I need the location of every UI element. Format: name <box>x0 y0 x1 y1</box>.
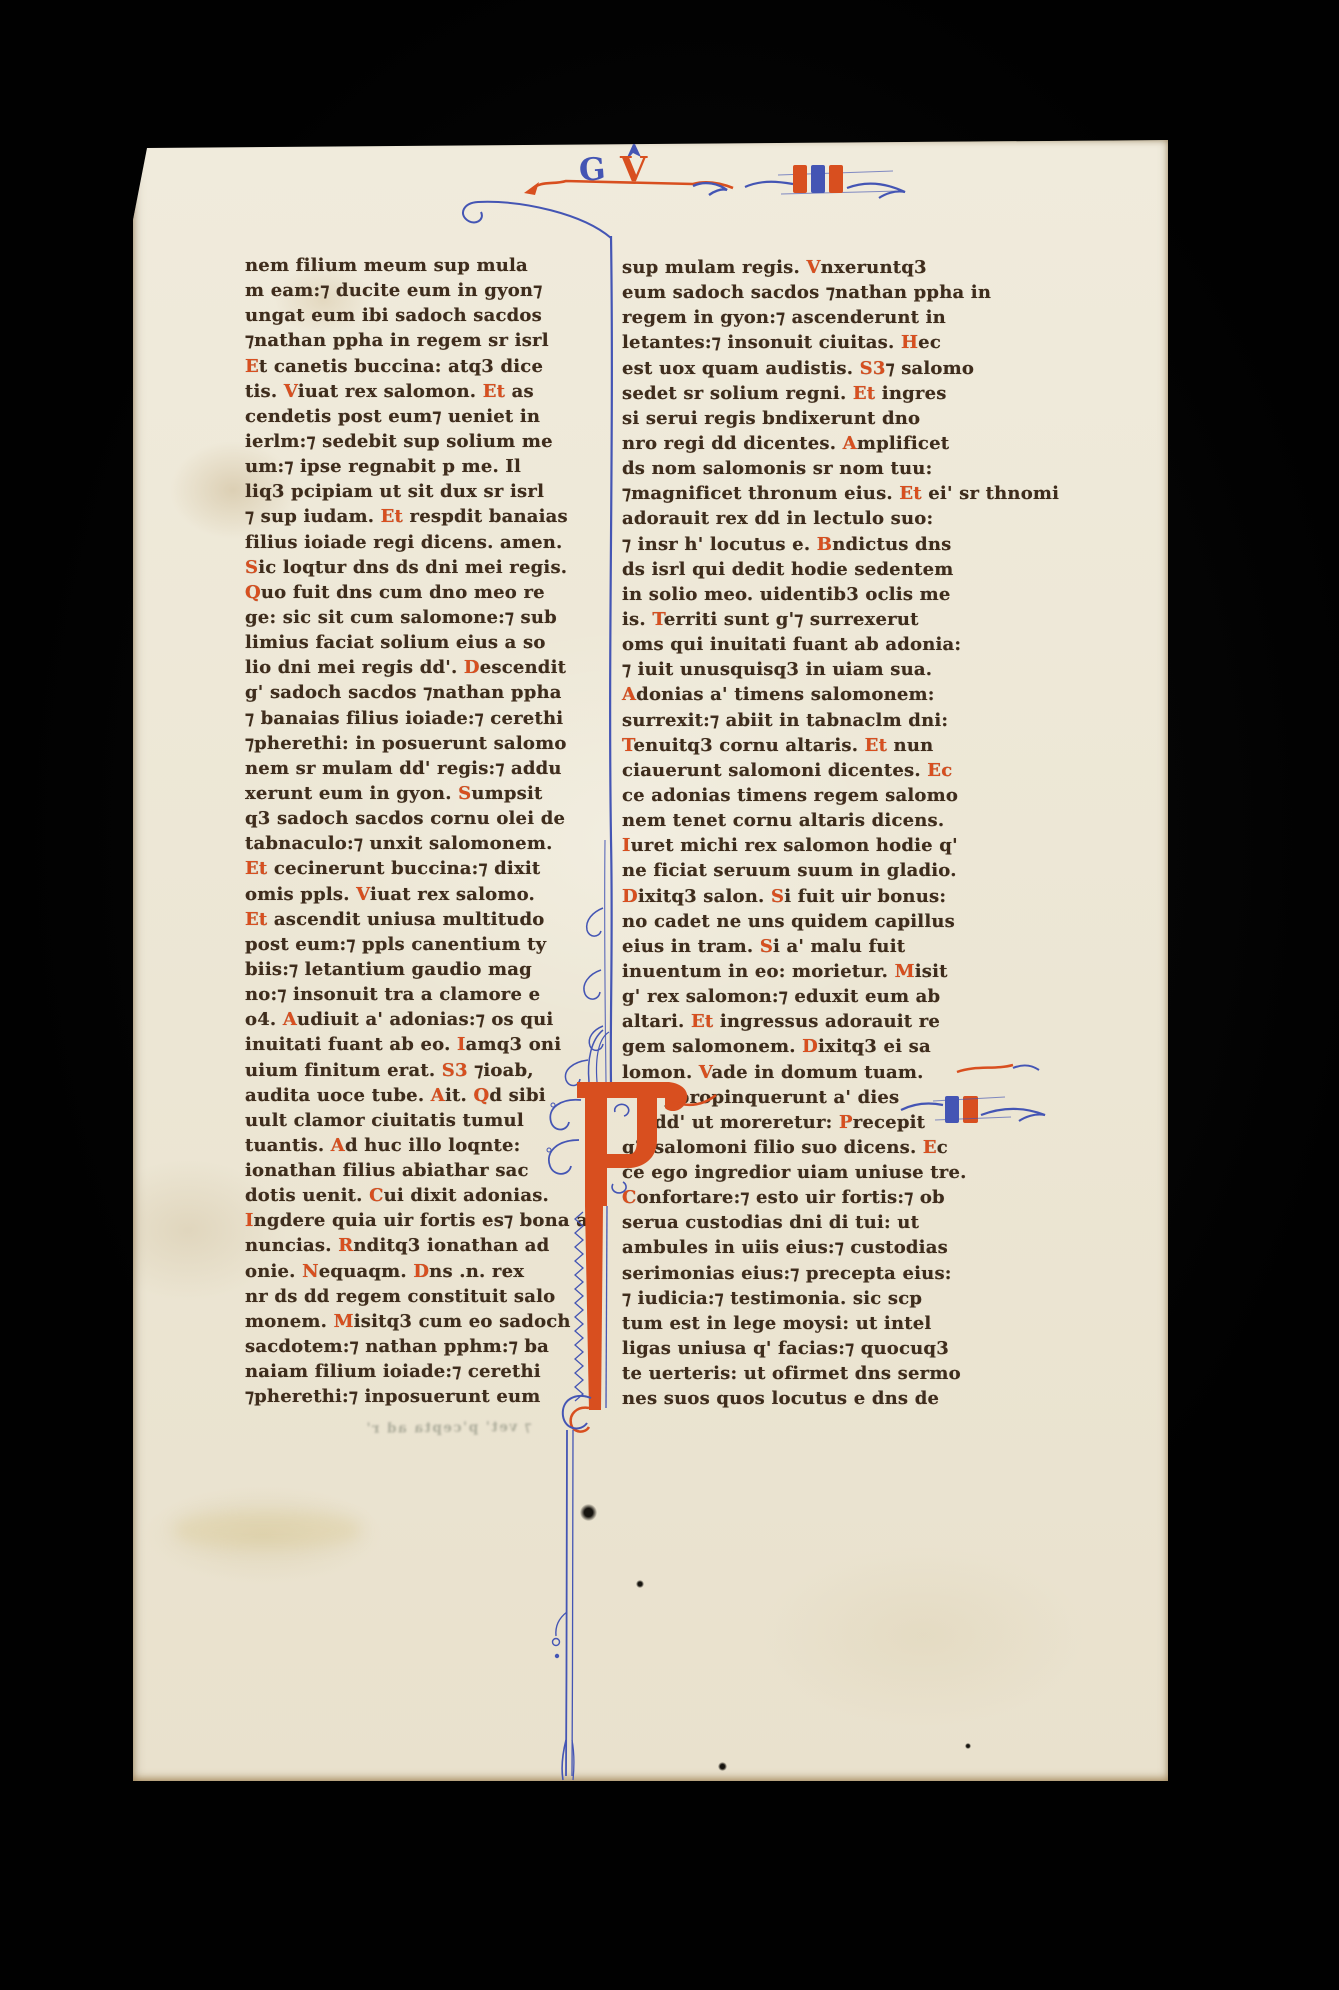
gutter-penwork-line <box>463 202 612 1086</box>
manuscript-leaf: G V <box>133 140 1168 1781</box>
numeral-stroke <box>811 165 825 193</box>
penwork-decoration <box>133 140 1168 1781</box>
running-header-letter-g: G <box>578 151 607 189</box>
page-background: G V <box>0 0 1339 1990</box>
chapter-ii-marker <box>901 1096 1045 1123</box>
line-filler <box>957 1065 1039 1072</box>
chapter-numeral-iii <box>793 165 843 193</box>
numeral-stroke <box>793 165 807 193</box>
running-header-letter-v: V <box>620 149 647 190</box>
initial-a <box>547 1030 716 1432</box>
numeral-stroke <box>829 165 843 193</box>
initial-tail <box>553 1396 592 1780</box>
